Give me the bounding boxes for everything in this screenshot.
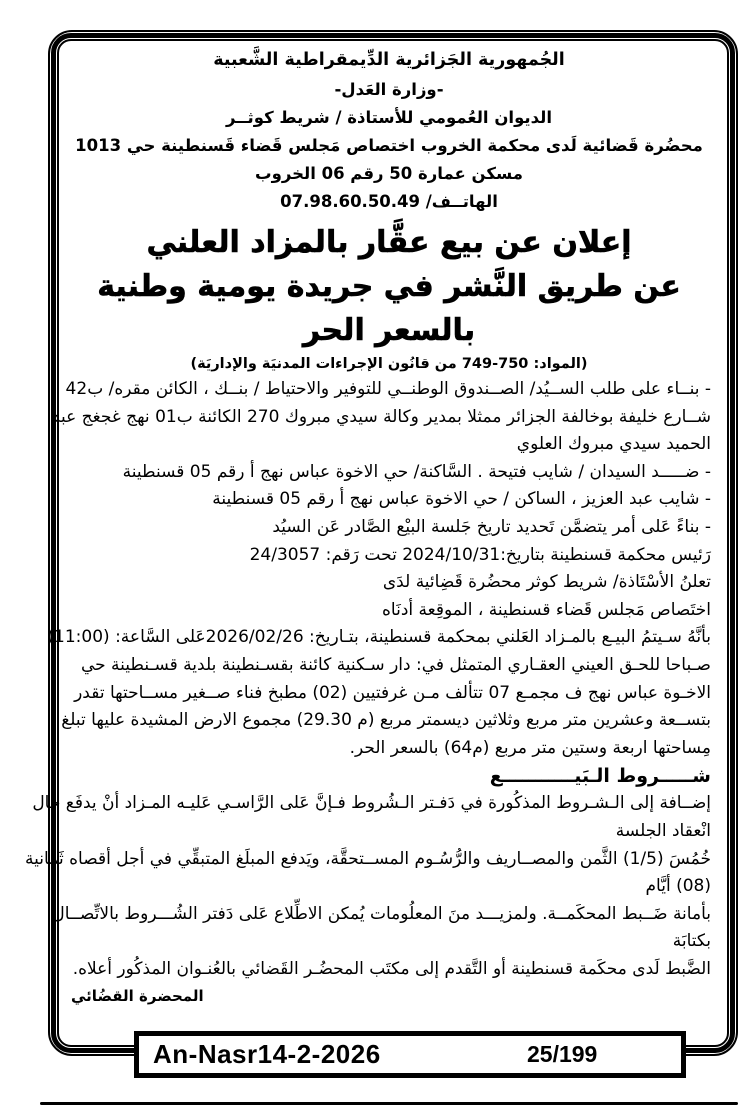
page-reference: 25/199 (527, 1041, 597, 1068)
frame-inner-border: الجُمهورية الجَزائرية الدِّيمقراطية الشَ… (57, 39, 729, 1047)
page-title: إعلان عن بيع عقَّار بالمزاد العلني عن طر… (67, 221, 711, 353)
conditions-line: بكتابَة (67, 928, 711, 956)
ministry-line: -وزارة العَدل- (67, 76, 711, 104)
address-line: مسكن عمارة 50 رقم 06 الخروب (67, 160, 711, 188)
conditions-line: إضــافة إلى الـشـروط المذكُورة في دَفـتر… (67, 790, 711, 818)
republic-line: الجُمهورية الجَزائرية الدِّيمقراطية الشَ… (67, 44, 711, 76)
frame-middle-border: الجُمهورية الجَزائرية الدِّيمقراطية الشَ… (51, 33, 735, 1053)
body-line: الحميد سيدي مبروك العلوي (67, 431, 711, 459)
conditions-heading: شـــــروط الـبَيـــــــــــع (67, 762, 711, 790)
conditions-text: إضــافة إلى الـشـروط المذكُورة في دَفـتر… (67, 790, 711, 983)
body-line: شــارع خليفة بوخالفة الجزائر ممثلا بمدير… (67, 404, 711, 432)
conditions-line: (08) أيَّام (67, 873, 711, 901)
body-line: تعلنُ الأسْتَاذة/ شريط كوثر محضُرة قَضِا… (67, 569, 711, 597)
bailiff-line: محضُرة قَضائية لَدى محكمة الخروب اختصاص … (67, 132, 711, 160)
body-line: صـباحا للحـق العيني العقـاري المتمثل في:… (67, 652, 711, 680)
title-line-2: عن طريق النَّشر في جريدة يومية وطنية (67, 265, 711, 309)
conditions-line: انْعقاد الجلسة (67, 818, 711, 846)
body-line: بأنَّهُ سـيتمُ البيـع بالمـزاد العَلني ب… (67, 624, 711, 652)
legal-basis-line: (المواد: 750-749 من قانُون الإجراءات الم… (67, 353, 711, 376)
bailiff-signature: المحضرة القضُائي (67, 983, 711, 1010)
body-text: - بنــاء على طلب الســيُد/ الصــندوق الو… (67, 376, 711, 762)
title-line-3: بالسعر الحر (67, 309, 711, 353)
conditions-line: بأمانة ضَــبط المحكَمــة. ولمزيـــد منَ … (67, 901, 711, 929)
title-line-1: إعلان عن بيع عقَّار بالمزاد العلني (67, 221, 711, 265)
office-line: الديوان العُمومي للأستاذة / شريط كوثــر (67, 104, 711, 132)
body-line: - ضـــــد السيدان / شايب فتيحة . السَّاك… (67, 459, 711, 487)
body-line: بتســعة وعشرين متر مربع وثلاثين ديسمتر م… (67, 707, 711, 735)
body-line: اختَصاص مَجلس قَضاء قسنطينة ، الموقِعة أ… (67, 597, 711, 625)
body-line: - بناءً عَلى أمر يتضمَّن تَحديد تاريخ جَ… (67, 514, 711, 542)
body-line: رَئيس محكمة قسنطينة بتاريخ:2024/10/31 تح… (67, 542, 711, 570)
phone-line: الهاتــف/ 07.98.60.50.49 (67, 188, 711, 216)
conditions-line: خُمُسَ (1/5) الثَّمن والمصــاريف والرُّس… (67, 846, 711, 874)
bottom-divider-line (40, 1102, 738, 1105)
announcement-content: الجُمهورية الجَزائرية الدِّيمقراطية الشَ… (59, 41, 727, 1045)
body-line: مِساحتها اربعة وستين متر مربع (م64) بالس… (67, 735, 711, 763)
newspaper-footer-box: An-Nasr14-2-2026 25/199 (134, 1031, 686, 1078)
announcement-frame: الجُمهورية الجَزائرية الدِّيمقراطية الشَ… (48, 30, 738, 1056)
body-line: الاخـوة عباس نهج ف مجمـع 07 تتألف مـن غر… (67, 680, 711, 708)
body-line: - شايب عبد العزيز ، الساكن / حي الاخوة ع… (67, 486, 711, 514)
newspaper-name-date: An-Nasr14-2-2026 (153, 1039, 381, 1070)
body-line: - بنــاء على طلب الســيُد/ الصــندوق الو… (67, 376, 711, 404)
conditions-line: الضَّبط لَدى محكَمة قسنطينة أو التَّقدم … (67, 956, 711, 984)
